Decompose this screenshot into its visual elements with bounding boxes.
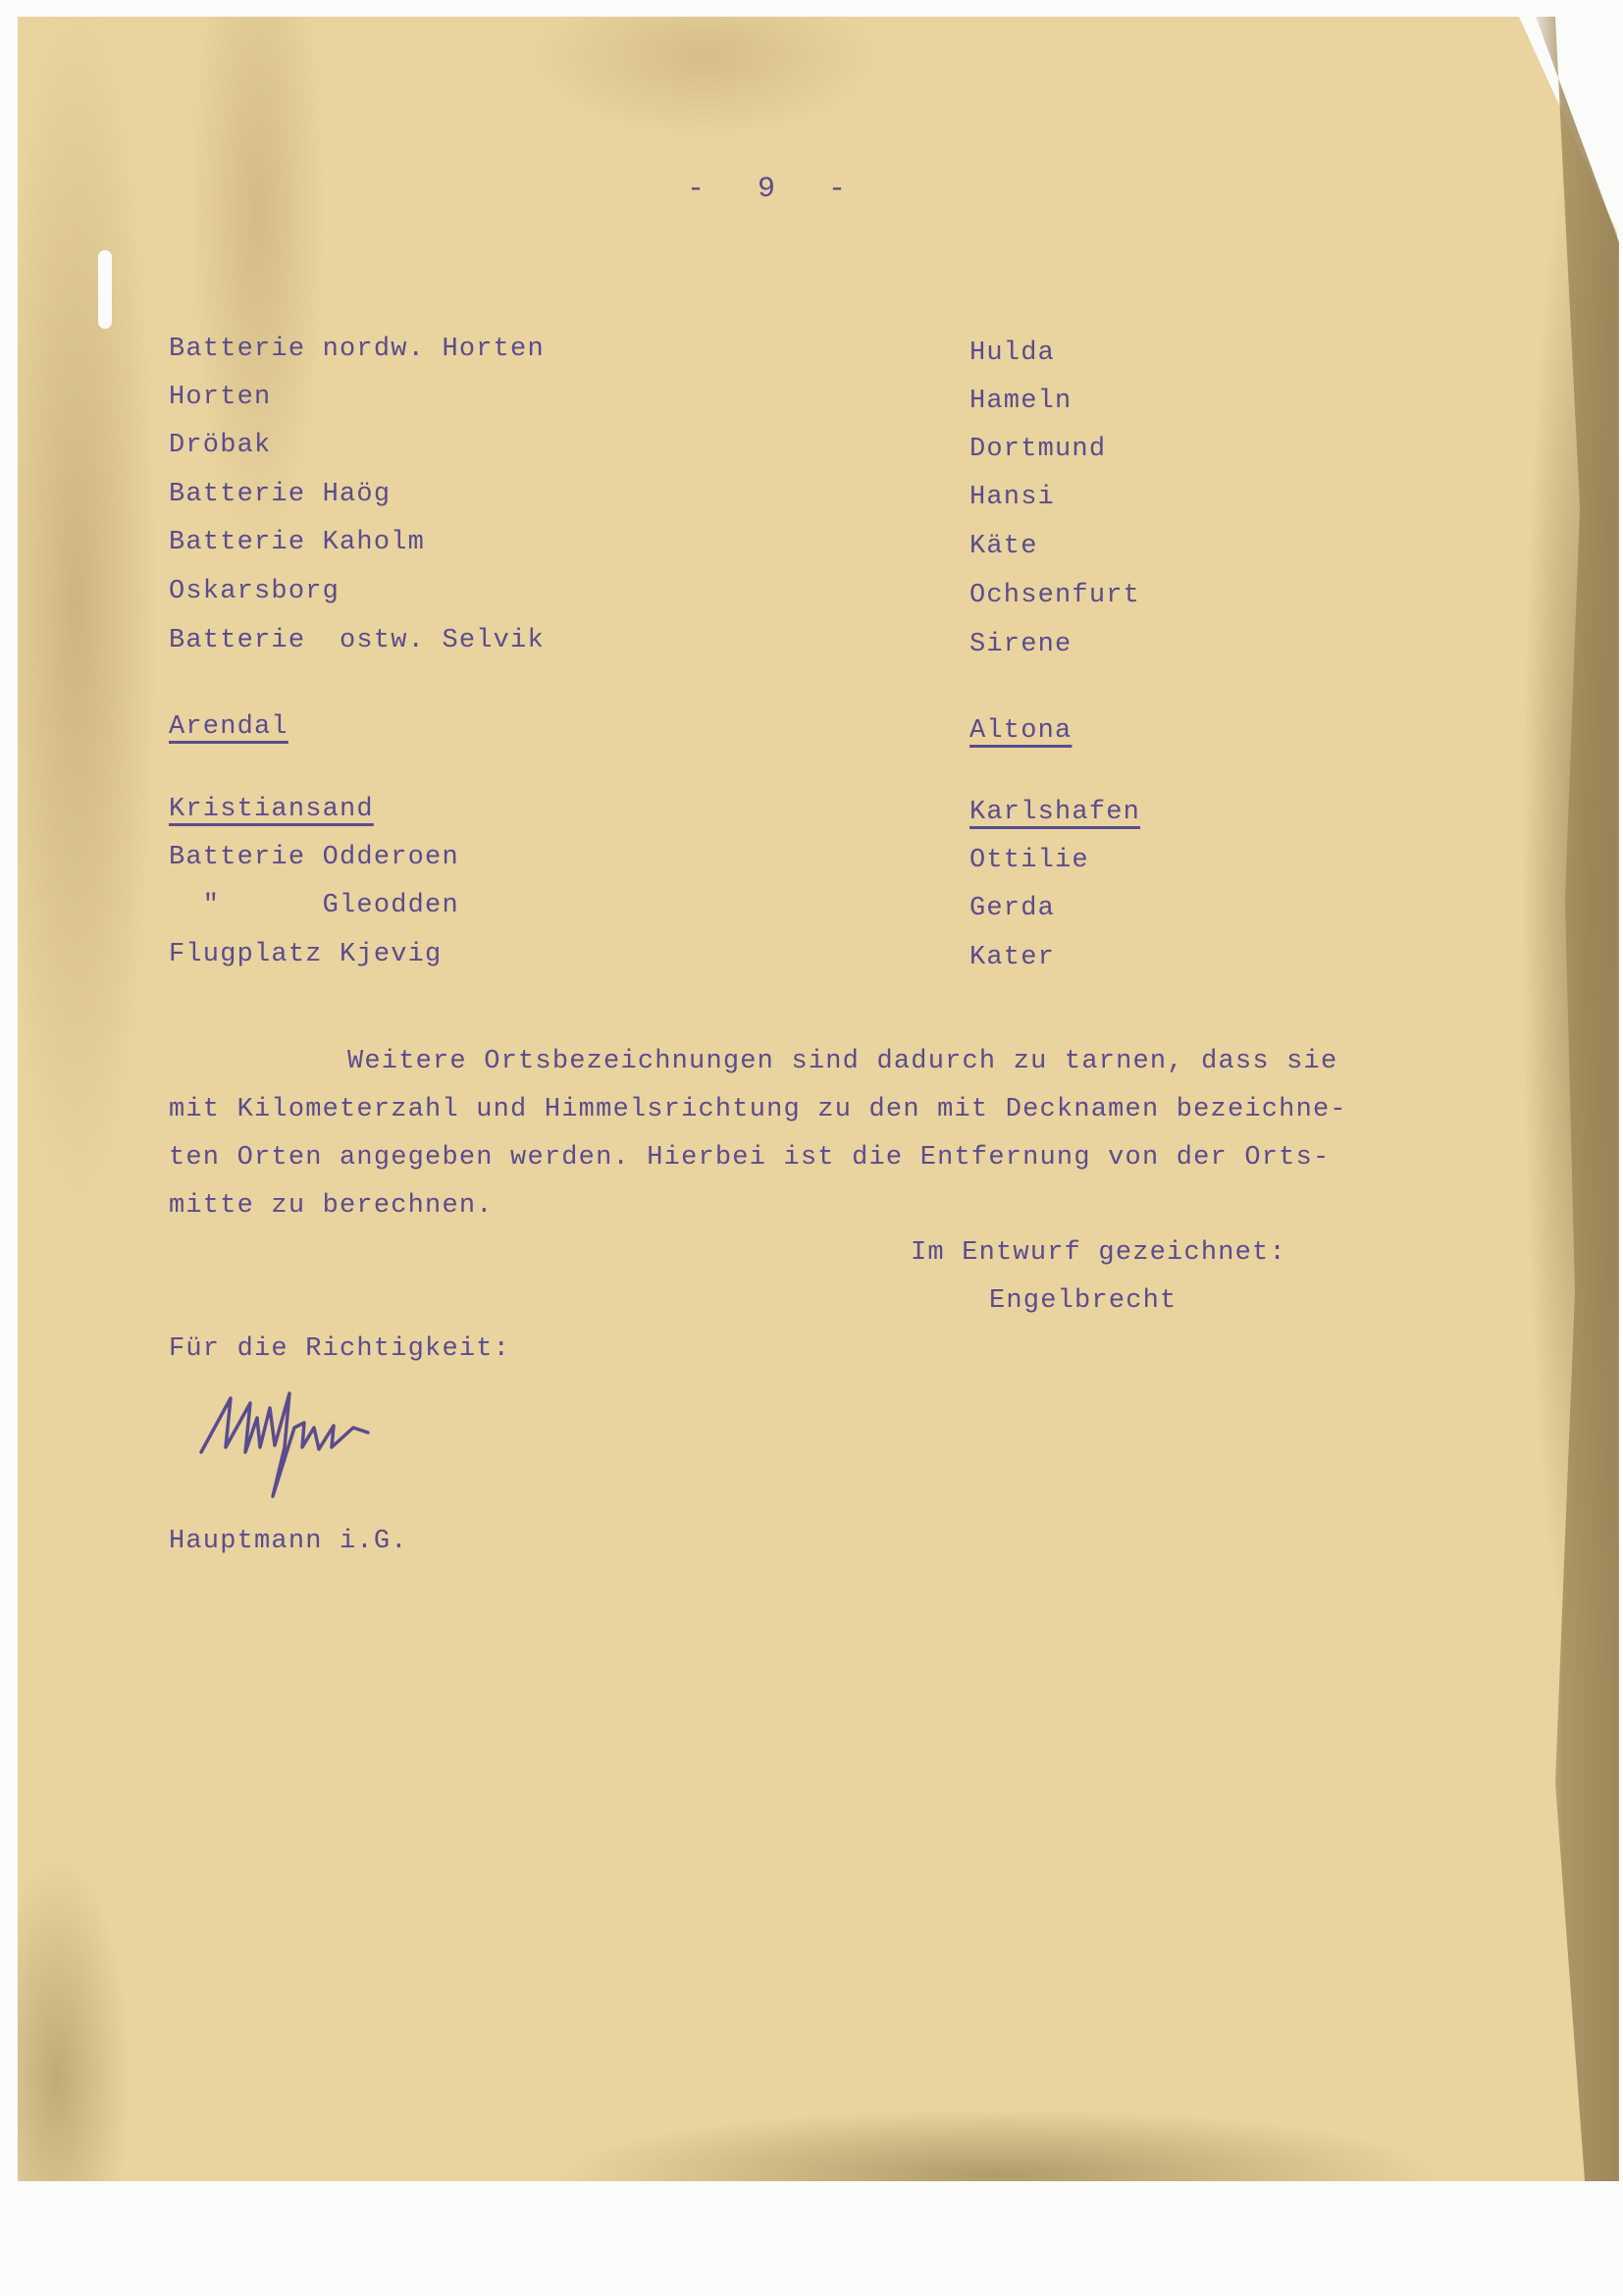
location-name: Batterie ostw. Selvik: [169, 628, 545, 654]
paragraph-line: mit Kilometerzahl und Himmelsrichtung zu…: [169, 1086, 1562, 1134]
codename: Käte: [969, 534, 1038, 560]
codename: Hameln: [969, 389, 1072, 415]
codename: Gerda: [969, 896, 1055, 922]
location-name: Batterie Haög: [169, 482, 391, 508]
instruction-paragraph: Weitere Ortsbezeichnungen sind dadurch z…: [169, 1038, 1562, 1230]
codename: Ottilie: [969, 848, 1089, 874]
handwritten-signature: [196, 1388, 471, 1516]
location-name: Batterie Kaholm: [169, 530, 425, 556]
codename-heading: Karlshafen: [969, 800, 1140, 826]
paragraph-line: Weitere Ortsbezeichnungen sind dadurch z…: [169, 1038, 1562, 1086]
location-name: Dröbak: [169, 433, 271, 459]
codename: Sirene: [969, 632, 1072, 658]
codename: Dortmund: [969, 437, 1106, 463]
certification-label: Für die Richtigkeit:: [169, 1336, 510, 1363]
location-name: Flugplatz Kjevig: [169, 942, 442, 968]
location-heading: Arendal: [169, 714, 288, 741]
location-name: " Gleodden: [169, 893, 459, 919]
codename: Kater: [969, 945, 1055, 971]
location-name: Horten: [169, 385, 271, 411]
location-name: Oskarsborg: [169, 579, 340, 605]
codename: Ochsenfurt: [969, 583, 1140, 609]
codename: Hansi: [969, 485, 1055, 511]
paragraph-line: mitte zu berechnen.: [169, 1182, 1562, 1230]
paragraph-line: ten Orten angegeben werden. Hierbei ist …: [169, 1134, 1562, 1182]
page-number: - 9 -: [687, 175, 864, 204]
draft-signer-name: Engelbrecht: [989, 1288, 1177, 1315]
location-name: Batterie Odderoen: [169, 845, 459, 871]
paper-tear: [98, 250, 112, 329]
rank-label: Hauptmann i.G.: [169, 1529, 408, 1555]
location-name: Batterie nordw. Horten: [169, 337, 545, 363]
codename-heading: Altona: [969, 718, 1072, 745]
codename: Hulda: [969, 340, 1055, 367]
draft-signed-label: Im Entwurf gezeichnet:: [911, 1240, 1286, 1267]
location-heading: Kristiansand: [169, 797, 374, 823]
